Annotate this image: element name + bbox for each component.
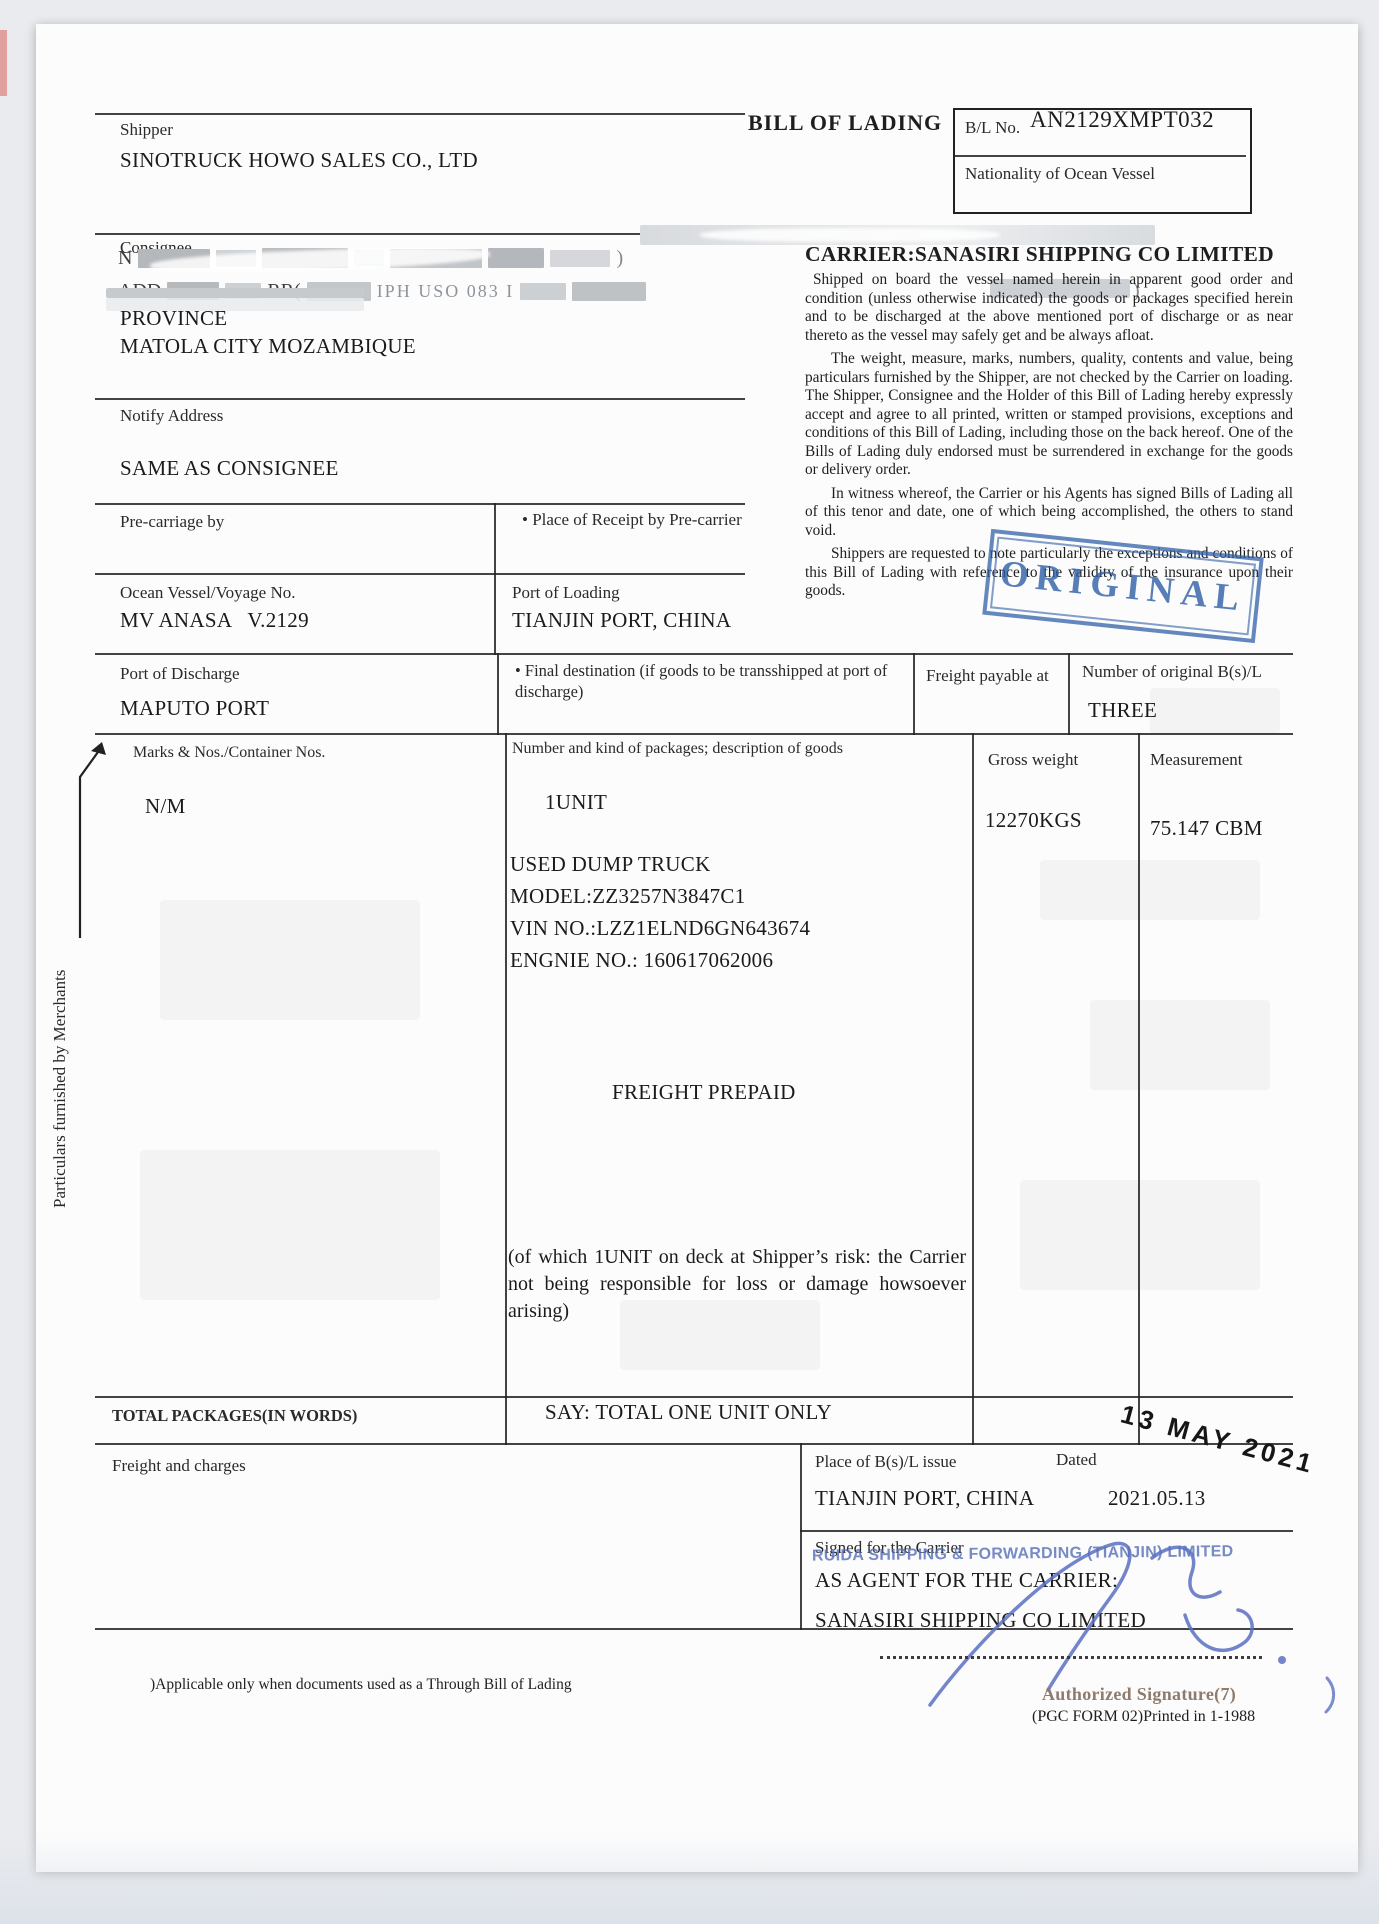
divider [95, 653, 1293, 655]
receipt-label: • Place of Receipt by Pre-carrier [522, 510, 742, 530]
final-destination-label: • Final destination (if goods to be tran… [515, 660, 900, 702]
scan-smudge [1020, 1180, 1260, 1290]
goods-description-line: ENGNIE NO.: 160617062006 [510, 948, 773, 973]
scan-smudge [1090, 1000, 1270, 1090]
marks-header: Marks & Nos./Container Nos. [133, 744, 325, 762]
scanned-bill-of-lading: BILL OF LADING B/L No. AN2129XMPT032 Nat… [0, 0, 1379, 1924]
carrier-paragraph: In witness whereof, the Carrier or his A… [805, 485, 1293, 541]
divider [95, 113, 745, 115]
divider [1068, 653, 1070, 735]
divider [497, 653, 499, 735]
nationality-label: Nationality of Ocean Vessel [965, 164, 1155, 184]
scan-smudge [140, 1150, 440, 1300]
carrier-heading: CARRIER:SANASIRI SHIPPING CO LIMITED [805, 242, 1293, 267]
original-count-value: THREE [1088, 698, 1157, 723]
scan-smudge [1040, 860, 1260, 920]
carrier-paragraph: The weight, measure, marks, numbers, qua… [805, 350, 1293, 480]
redaction-smear [700, 228, 1000, 242]
scan-smudge [1150, 688, 1280, 734]
divider [505, 733, 507, 1445]
on-deck-note: (of which 1UNIT on deck at Shipper’s ris… [508, 1244, 966, 1325]
marks-value: N/M [145, 794, 186, 819]
divider [95, 1443, 1293, 1445]
packages-header: Number and kind of packages; description… [512, 740, 843, 758]
redaction-bar [106, 288, 364, 298]
document-title: BILL OF LADING [748, 110, 942, 136]
scan-edge-mark [0, 30, 7, 96]
divider [95, 1396, 1293, 1398]
goods-description-line: USED DUMP TRUCK [510, 852, 711, 877]
gross-weight-value: 12270KGS [985, 808, 1082, 833]
divider [95, 733, 1293, 735]
redaction-ghost-text: IPH USO 083 I [377, 281, 515, 302]
port-loading-label: Port of Loading [512, 583, 620, 603]
goods-description-line: MODEL:ZZ3257N3847C1 [510, 884, 746, 909]
vessel-label: Ocean Vessel/Voyage No. [120, 583, 295, 603]
dated-value: 2021.05.13 [1108, 1486, 1206, 1511]
redaction-fragment: N [118, 247, 132, 270]
redaction-fragment: ) [616, 247, 623, 270]
divider [95, 398, 745, 400]
freight-payable-label: Freight payable at [926, 666, 1049, 686]
place-issue-value: TIANJIN PORT, CHINA [815, 1486, 1034, 1511]
units-value: 1UNIT [545, 790, 607, 815]
divider [1138, 733, 1140, 1445]
through-bl-note: )Applicable only when documents used as … [150, 1676, 572, 1694]
dated-label: Dated [1056, 1450, 1097, 1470]
authorized-signature-label: Authorized Signature(7) [1042, 1684, 1236, 1705]
total-packages-label: TOTAL PACKAGES(IN WORDS) [112, 1406, 357, 1426]
redaction-bar [106, 298, 364, 311]
place-issue-label: Place of B(s)/L issue [815, 1452, 956, 1472]
notify-value: SAME AS CONSIGNEE [120, 456, 339, 481]
measurement-header: Measurement [1150, 750, 1243, 770]
gross-weight-header: Gross weight [988, 750, 1078, 770]
pre-carriage-label: Pre-carriage by [120, 512, 224, 532]
divider [95, 573, 745, 575]
divider [95, 503, 745, 505]
signature-stroke [1322, 1676, 1342, 1716]
original-count-label: Number of original B(s)/L [1082, 662, 1262, 682]
port-loading-value: TIANJIN PORT, CHINA [512, 608, 731, 633]
freight-prepaid-note: FREIGHT PREPAID [612, 1080, 796, 1105]
notify-label: Notify Address [120, 406, 223, 426]
measurement-value: 75.147 CBM [1150, 816, 1263, 841]
port-discharge-label: Port of Discharge [120, 664, 240, 684]
freight-charges-label: Freight and charges [112, 1456, 246, 1476]
shipper-label: Shipper [120, 120, 173, 140]
handwritten-signature [900, 1520, 1340, 1710]
port-discharge-value: MAPUTO PORT [120, 696, 269, 721]
divider [972, 733, 974, 1445]
total-packages-value: SAY: TOTAL ONE UNIT ONLY [545, 1400, 832, 1425]
divider [800, 1443, 802, 1630]
carrier-paragraph: Shipped on board the vessel named herein… [805, 271, 1293, 345]
divider [494, 503, 496, 655]
bl-no-value: AN2129XMPT032 [1030, 107, 1214, 133]
form-number: (PGC FORM 02)Printed in 1-1988 [1032, 1708, 1255, 1726]
divider [913, 653, 915, 735]
scan-smudge [160, 900, 420, 1020]
vessel-value: MV ANASA V.2129 [120, 608, 309, 633]
goods-description-line: VIN NO.:LZZ1ELND6GN643674 [510, 916, 810, 941]
consignee-line4: MATOLA CITY MOZAMBIQUE [120, 334, 416, 359]
shipper-name: SINOTRUCK HOWO SALES CO., LTD [120, 148, 478, 173]
merchant-particulars-arrow [58, 742, 110, 942]
signature-dotted-line [880, 1656, 1262, 1659]
bl-no-label: B/L No. [965, 118, 1020, 138]
